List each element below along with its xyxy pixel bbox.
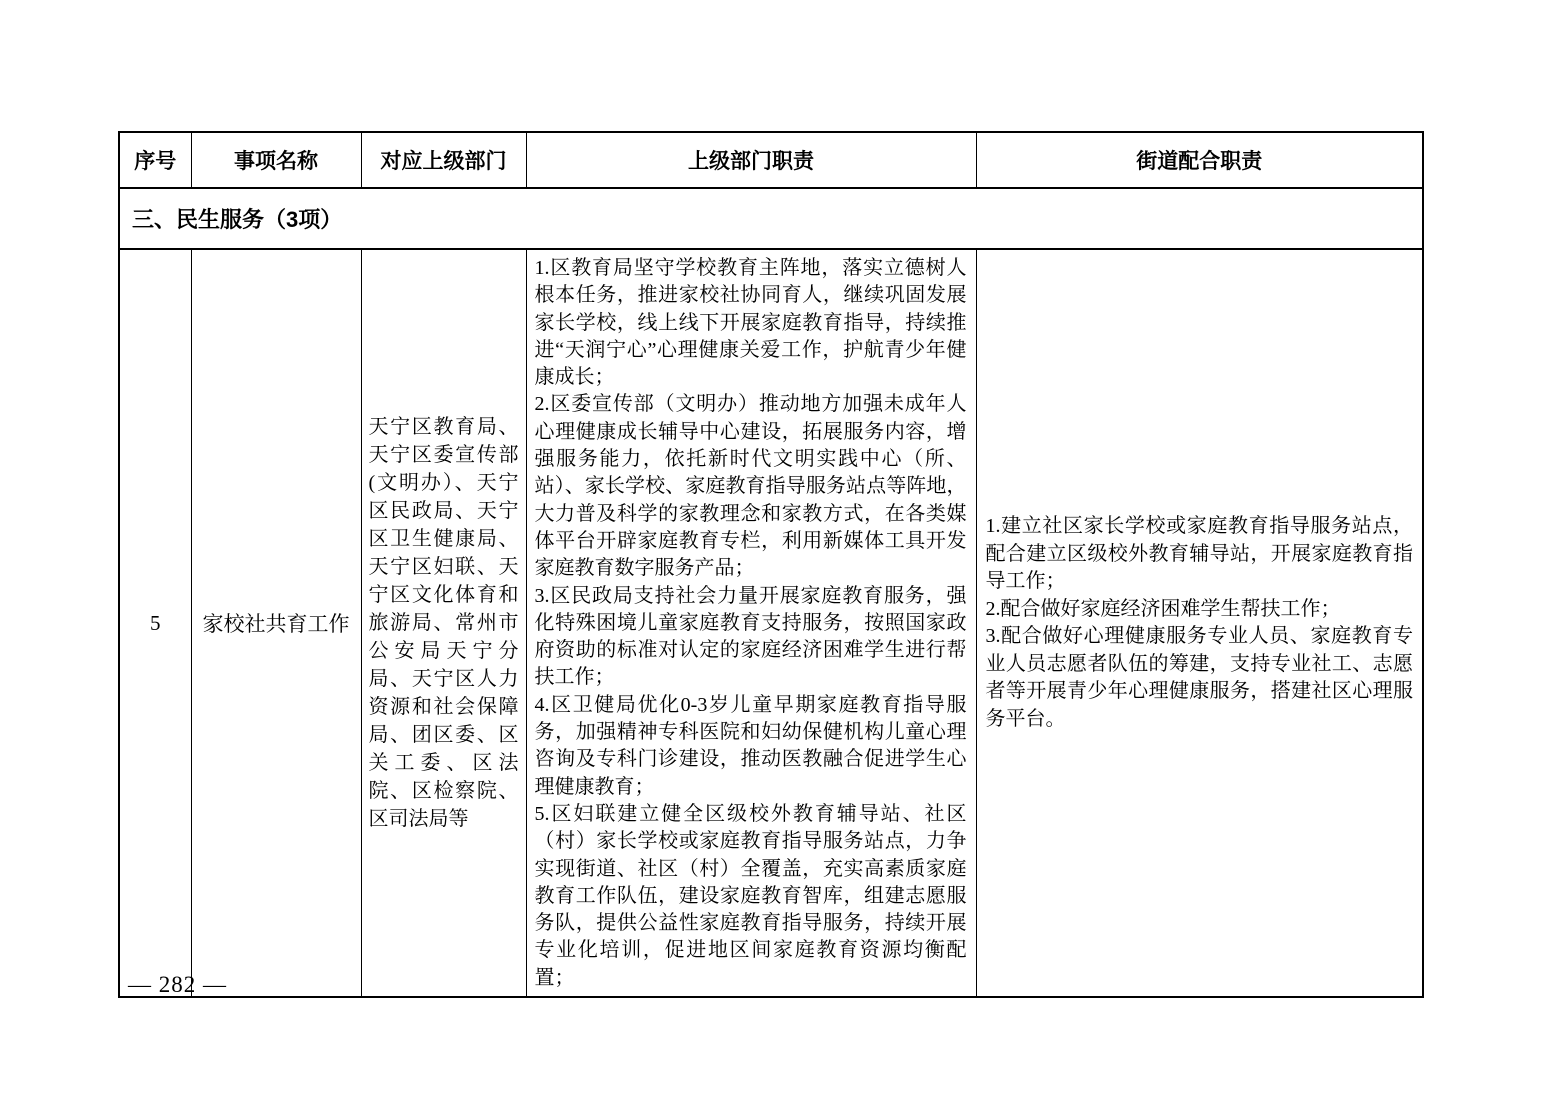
row-index-cell: 5 [119,249,191,997]
superior-duty-item-2: 2.区委宣传部（文明办）推动地方加强未成年人心理健康成长辅导中心建设，拓展服务内… [535,391,967,582]
table-row: 5 家校社共育工作 天宁区教育局、天宁区委宣传部(文明办）、天宁区民政局、天宁区… [119,249,1423,997]
superior-duty-item-4: 4.区卫健局优化0-3岁儿童早期家庭教育指导服务，加强精神专科医院和妇幼保健机构… [535,692,967,801]
table-header-row: 序号 事项名称 对应上级部门 上级部门职责 街道配合职责 [119,132,1423,188]
header-street-duties: 街道配合职责 [976,132,1423,188]
document-page: { "document": { "footer": { "page_number… [0,0,1559,1102]
superior-duties-cell: 1.区教育局坚守学校教育主阵地，落实立德树人根本任务，推进家校社协同育人，继续巩… [526,249,976,997]
duties-table: 序号 事项名称 对应上级部门 上级部门职责 街道配合职责 三、民生服务（3项） … [118,131,1424,998]
section-title: 三、民生服务（3项） [119,188,1423,249]
street-duty-item-3: 3.配合做好心理健康服务专业人员、家庭教育专业人员志愿者队伍的筹建，支持专业社工… [986,623,1414,733]
section-row: 三、民生服务（3项） [119,188,1423,249]
header-index: 序号 [119,132,191,188]
header-item-name: 事项名称 [191,132,361,188]
header-superior-duties: 上级部门职责 [526,132,976,188]
departments-cell: 天宁区教育局、天宁区委宣传部(文明办）、天宁区民政局、天宁区卫生健康局、天宁区妇… [361,249,526,997]
superior-duty-item-3: 3.区民政局支持社会力量开展家庭教育服务，强化特殊困境儿童家庭教育支持服务，按照… [535,583,967,692]
header-superior-department: 对应上级部门 [361,132,526,188]
street-duties-cell: 1.建立社区家长学校或家庭教育指导服务站点，配合建立区级校外教育辅导站，开展家庭… [976,249,1423,997]
street-duty-item-1: 1.建立社区家长学校或家庭教育指导服务站点，配合建立区级校外教育辅导站，开展家庭… [986,513,1414,596]
superior-duty-item-1: 1.区教育局坚守学校教育主阵地，落实立德树人根本任务，推进家校社协同育人，继续巩… [535,255,967,391]
page-number: — 282 — [128,972,227,998]
item-name-cell: 家校社共育工作 [191,249,361,997]
street-duty-item-2: 2.配合做好家庭经济困难学生帮扶工作； [986,596,1414,624]
superior-duty-item-5: 5.区妇联建立健全区级校外教育辅导站、社区（村）家长学校或家庭教育指导服务站点，… [535,801,967,992]
